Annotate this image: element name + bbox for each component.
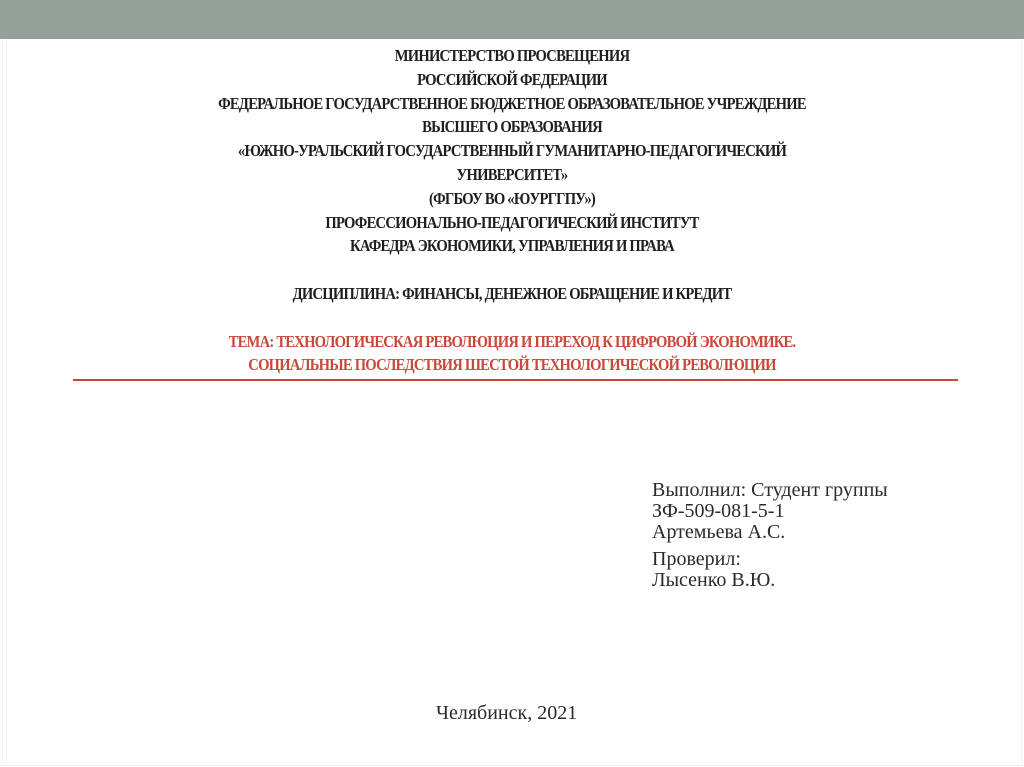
city-year: Челябинск, 2021: [436, 701, 577, 725]
university-name-line-2: УНИВЕРСИТЕТ»: [123, 163, 900, 187]
department-name: КАФЕДРА ЭКОНОМИКИ, УПРАВЛЕНИЯ И ПРАВА: [123, 234, 900, 258]
credits-block: Выполнил: Студент группы ЗФ-509-081-5-1 …: [652, 480, 888, 591]
topic-line-2: СОЦИАЛЬНЫЕ ПОСЛЕДСТВИЯ ШЕСТОЙ ТЕХНОЛОГИЧ…: [123, 353, 900, 377]
teacher-name: Лысенко В.Ю.: [652, 570, 888, 591]
university-abbreviation: (ФГБОУ ВО «ЮУРГГПУ»): [123, 187, 900, 211]
slide-frame-left: [2, 39, 7, 765]
slide-frame-right: [1021, 39, 1022, 765]
ministry-line-1: МИНИСТЕРСТВО ПРОСВЕЩЕНИЯ: [123, 44, 900, 68]
student-group: ЗФ-509-081-5-1: [652, 501, 888, 522]
checked-by-label: Проверил:: [652, 549, 888, 570]
spacer: [123, 306, 900, 330]
institution-type-line-1: ФЕДЕРАЛЬНОЕ ГОСУДАРСТВЕННОЕ БЮДЖЕТНОЕ ОБ…: [123, 92, 900, 116]
discipline: ДИСЦИПЛИНА: ФИНАНСЫ, ДЕНЕЖНОЕ ОБРАЩЕНИЕ …: [123, 282, 900, 306]
performed-by-label: Выполнил: Студент группы: [652, 480, 888, 501]
university-name-line-1: «ЮЖНО-УРАЛЬСКИЙ ГОСУДАРСТВЕННЫЙ ГУМАНИТА…: [123, 139, 900, 163]
topic-line-1: ТЕМА: ТЕХНОЛОГИЧЕСКАЯ РЕВОЛЮЦИЯ И ПЕРЕХО…: [123, 330, 900, 354]
institute-name: ПРОФЕССИОНАЛЬНО-ПЕДАГОГИЧЕСКИЙ ИНСТИТУТ: [123, 211, 900, 235]
topic-underline: [73, 379, 958, 381]
institution-type-line-2: ВЫСШЕГО ОБРАЗОВАНИЯ: [123, 115, 900, 139]
header-bar: [0, 0, 1024, 39]
spacer: [123, 258, 900, 282]
title-block: МИНИСТЕРСТВО ПРОСВЕЩЕНИЯ РОССИЙСКОЙ ФЕДЕ…: [123, 44, 900, 377]
ministry-line-2: РОССИЙСКОЙ ФЕДЕРАЦИИ: [123, 68, 900, 92]
student-name: Артемьева А.С.: [652, 522, 888, 543]
slide-frame-bottom: [0, 765, 1024, 766]
